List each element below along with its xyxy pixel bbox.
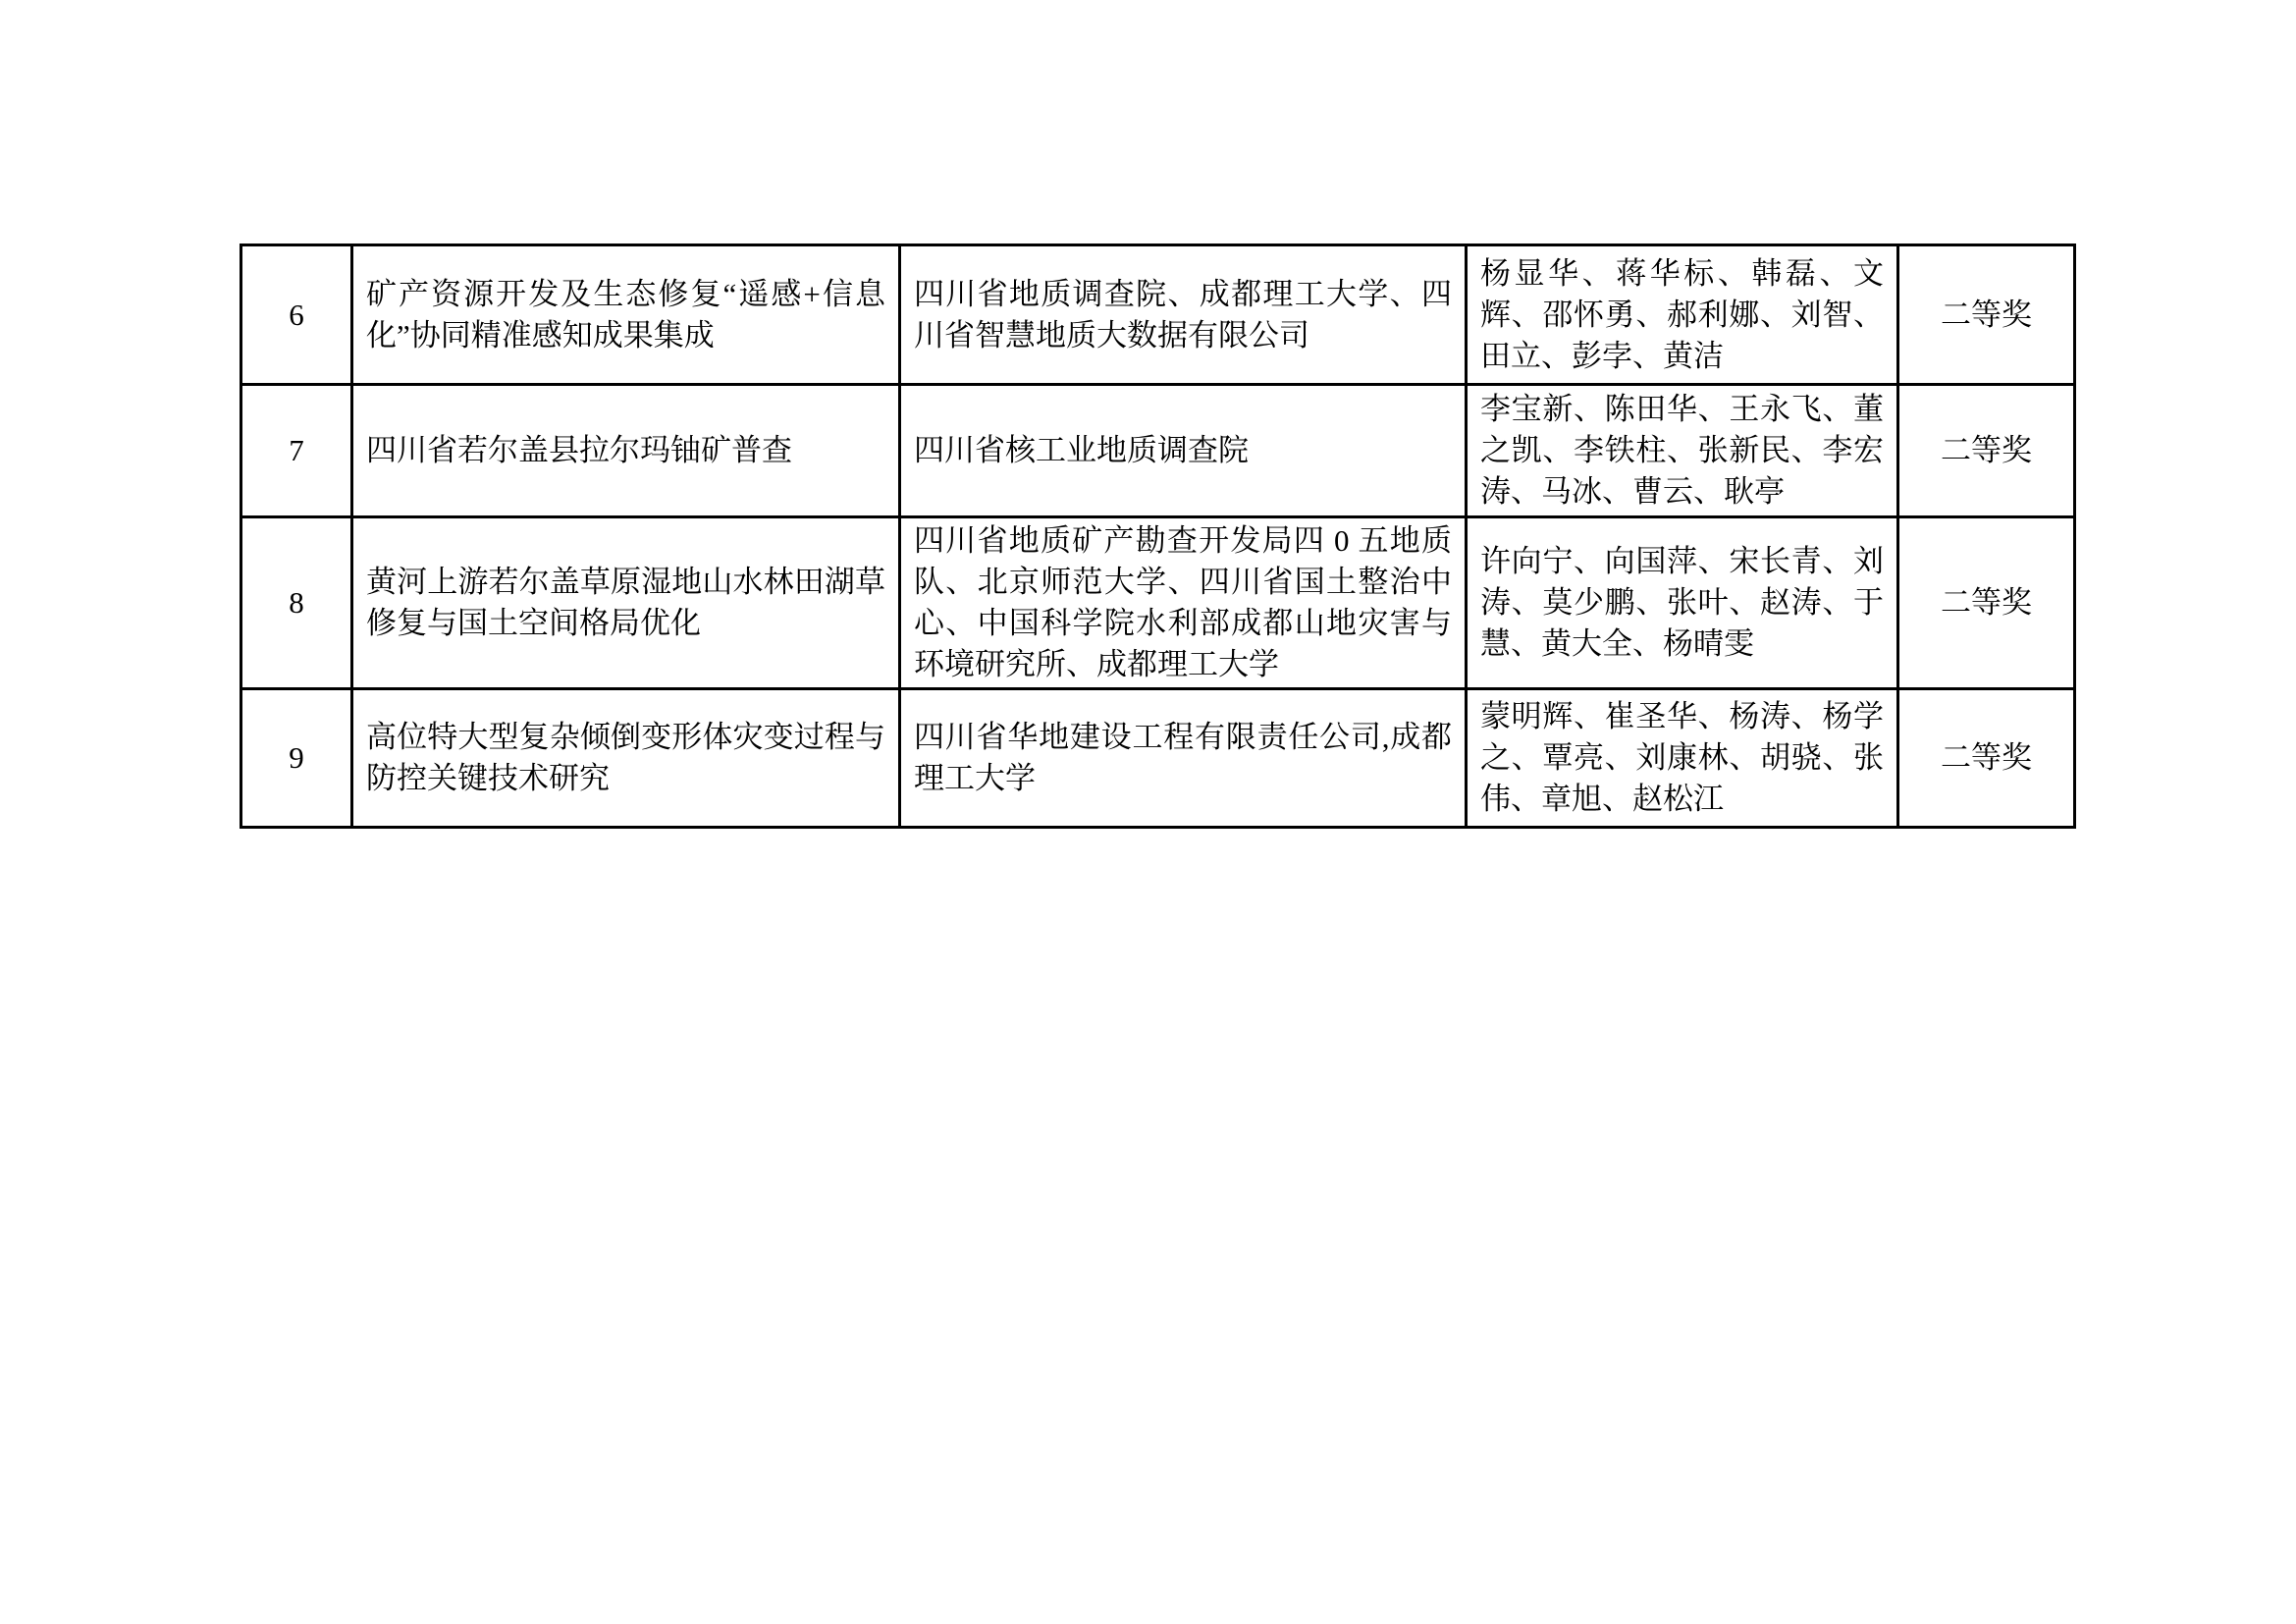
project-name-cell: 高位特大型复杂倾倒变形体灾变过程与防控关键技术研究: [352, 689, 900, 828]
people-cell: 蒙明辉、崔圣华、杨涛、杨学之、覃亮、刘康林、胡骁、张伟、章旭、赵松江: [1467, 689, 1898, 828]
organizations-cell: 四川省华地建设工程有限责任公司,成都理工大学: [900, 689, 1467, 828]
row-index-cell: 8: [241, 517, 352, 689]
row-index-cell: 6: [241, 245, 352, 385]
people-cell: 李宝新、陈田华、王永飞、董之凯、李铁柱、张新民、李宏涛、马冰、曹云、耿亭: [1467, 385, 1898, 517]
table-row-6: 6 矿产资源开发及生态修复“遥感+信息化”协同精准感知成果集成 四川省地质调查院…: [241, 245, 2075, 385]
table-row-9: 9 高位特大型复杂倾倒变形体灾变过程与防控关键技术研究 四川省华地建设工程有限责…: [241, 689, 2075, 828]
table-row-8: 8 黄河上游若尔盖草原湿地山水林田湖草修复与国土空间格局优化 四川省地质矿产勘查…: [241, 517, 2075, 689]
row-index-cell: 9: [241, 689, 352, 828]
award-level-cell: 二等奖: [1898, 689, 2075, 828]
organizations-cell: 四川省地质调查院、成都理工大学、四川省智慧地质大数据有限公司: [900, 245, 1467, 385]
project-name-cell: 四川省若尔盖县拉尔玛铀矿普查: [352, 385, 900, 517]
project-name-cell: 黄河上游若尔盖草原湿地山水林田湖草修复与国土空间格局优化: [352, 517, 900, 689]
award-level-cell: 二等奖: [1898, 385, 2075, 517]
organizations-cell: 四川省核工业地质调查院: [900, 385, 1467, 517]
row-index-cell: 7: [241, 385, 352, 517]
award-level-cell: 二等奖: [1898, 245, 2075, 385]
table-row-7: 7 四川省若尔盖县拉尔玛铀矿普查 四川省核工业地质调查院 李宝新、陈田华、王永飞…: [241, 385, 2075, 517]
people-cell: 杨显华、蒋华标、韩磊、文辉、邵怀勇、郝利娜、刘智、田立、彭孛、黄洁: [1467, 245, 1898, 385]
document-page: 6 矿产资源开发及生态修复“遥感+信息化”协同精准感知成果集成 四川省地质调查院…: [0, 0, 2296, 1624]
award-level-cell: 二等奖: [1898, 517, 2075, 689]
organizations-cell: 四川省地质矿产勘查开发局四 0 五地质队、北京师范大学、四川省国土整治中心、中国…: [900, 517, 1467, 689]
project-name-cell: 矿产资源开发及生态修复“遥感+信息化”协同精准感知成果集成: [352, 245, 900, 385]
award-table: 6 矿产资源开发及生态修复“遥感+信息化”协同精准感知成果集成 四川省地质调查院…: [240, 244, 2076, 829]
people-cell: 许向宁、向国萍、宋长青、刘涛、莫少鹏、张叶、赵涛、于慧、黄大全、杨晴雯: [1467, 517, 1898, 689]
